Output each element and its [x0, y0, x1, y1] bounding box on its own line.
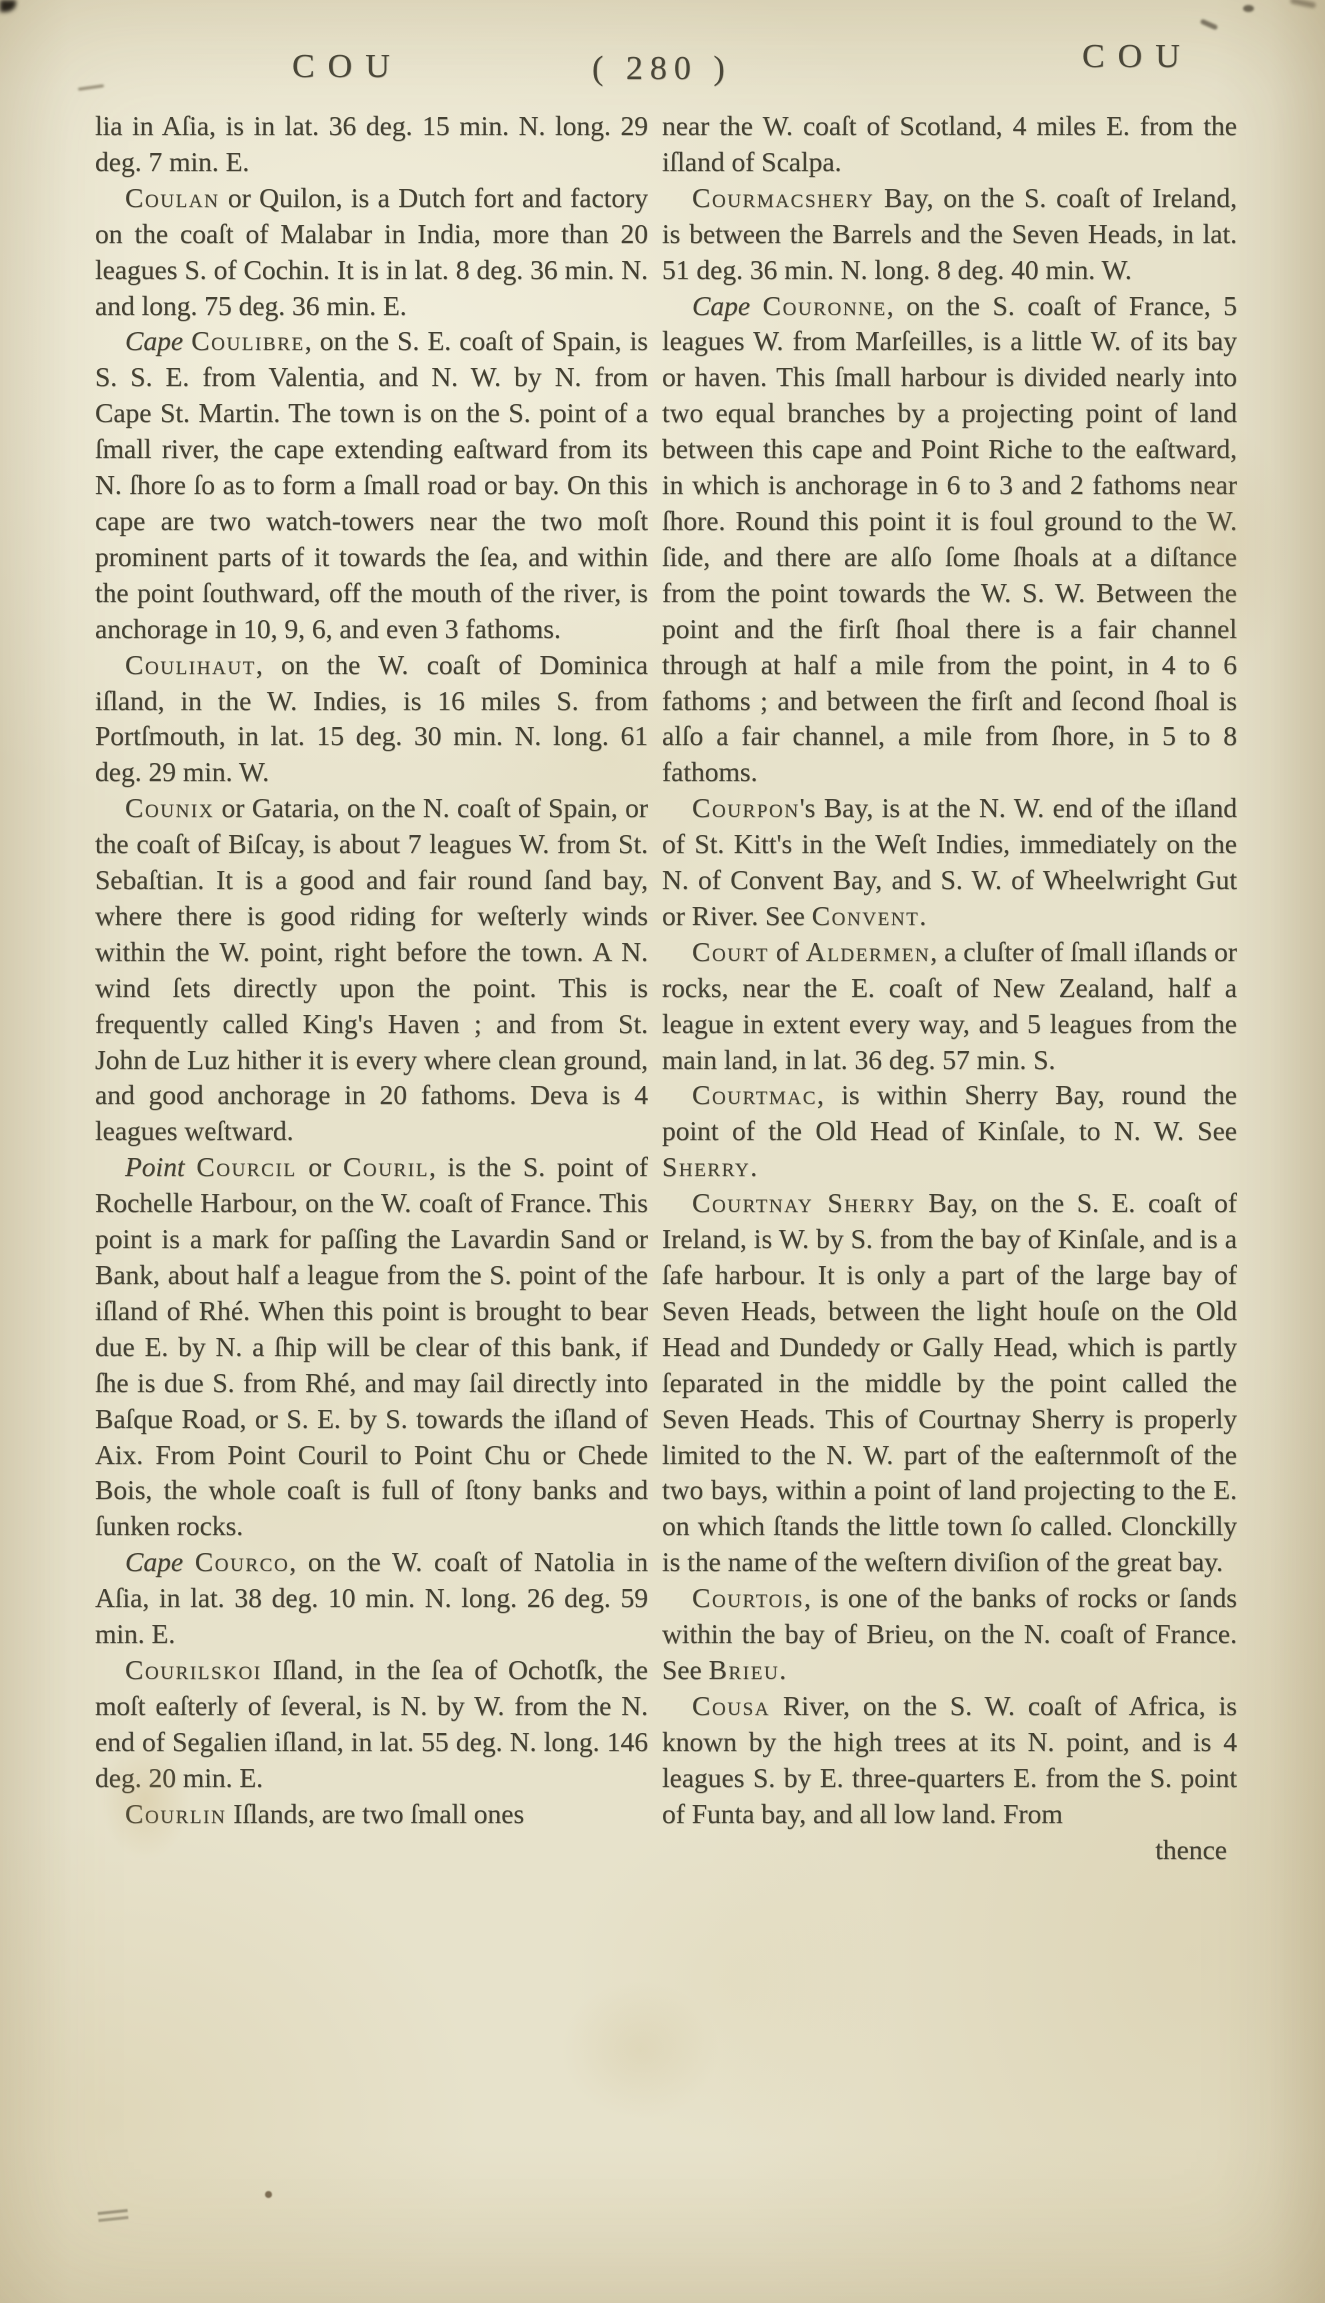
entry-headword: Coulihaut	[125, 649, 256, 680]
text-column-left: lia in Aſia, is in lat. 36 deg. 15 min. …	[95, 108, 648, 2238]
dictionary-entry: Cousa River, on the S. W. coaſt of Afric…	[662, 1688, 1237, 1832]
entry-headword: Counix	[125, 792, 214, 823]
entry-headword: Courtois	[692, 1582, 804, 1613]
entry-headword: Courco	[195, 1546, 289, 1577]
dictionary-entry: Cape Couronne, on the S. coaſt of France…	[662, 288, 1237, 791]
entry-text: , on the S. coaſt of France, 5 leagues W…	[662, 290, 1237, 788]
entry-headword: Coulan	[125, 182, 219, 213]
dictionary-entry: Courtnay Sherry Bay, on the S. E. coaſt …	[662, 1185, 1237, 1580]
ink-smudge-top-left	[0, 0, 16, 12]
running-title-right: COU	[1082, 38, 1193, 76]
entry-text: of	[769, 936, 806, 967]
book-page: { "page": { "header": { "left": "COU", "…	[0, 0, 1325, 2303]
entry-headword: Courcil	[196, 1151, 296, 1182]
entry-text: Iſlands, are two ſmall ones	[226, 1798, 524, 1829]
entry-text: or Gataria, on the N. coaſt of Spain, or…	[95, 792, 648, 1146]
dictionary-entry: Courlin Iſlands, are two ſmall ones	[95, 1796, 648, 1832]
running-title-left: COU	[292, 48, 403, 86]
dictionary-entry: Cape Coulibre, on the S. E. coaſt of Spa…	[95, 323, 648, 646]
entry-qualifier: Point	[125, 1151, 196, 1182]
dictionary-entry: Point Courcil or Couril, is the S. point…	[95, 1149, 648, 1544]
ink-speck	[1290, 0, 1317, 9]
entry-headword: Couril	[343, 1151, 429, 1182]
entry-headword: Courlin	[125, 1798, 226, 1829]
entry-headword: Court	[692, 936, 769, 967]
entry-headword: Courtnay Sherry	[692, 1187, 916, 1218]
entry-headword: Sherry	[662, 1151, 750, 1182]
entry-text: or	[297, 1151, 343, 1182]
entry-headword: Courmacshery	[692, 182, 874, 213]
entry-text: near the W. coaſt of Scotland, 4 miles E…	[662, 110, 1237, 177]
entry-qualifier: Cape	[692, 290, 763, 321]
page-number: ( 280 )	[592, 50, 732, 88]
dictionary-entry: Courmacshery Bay, on the S. coaſt of Ire…	[662, 180, 1237, 288]
dictionary-entry: Court of Aldermen, a cluſter of ſmall iſ…	[662, 934, 1237, 1078]
dictionary-entry: Coulihaut, on the W. coaſt of Dominica i…	[95, 647, 648, 791]
dictionary-entry: Courilskoi Iſland, in the ſea of Ochotſk…	[95, 1652, 648, 1796]
dictionary-entry: Courpon's Bay, is at the N. W. end of th…	[662, 790, 1237, 934]
entry-text: .	[779, 1654, 786, 1685]
entry-qualifier: Cape	[125, 325, 191, 356]
catchword: thence	[662, 1832, 1237, 1868]
entry-text: .	[919, 900, 926, 931]
dictionary-entry: near the W. coaſt of Scotland, 4 miles E…	[662, 108, 1237, 180]
ink-speck	[1200, 19, 1218, 31]
dictionary-entry: Coulan or Quilon, is a Dutch fort and fa…	[95, 180, 648, 324]
entry-text: lia in Aſia, is in lat. 36 deg. 15 min. …	[95, 110, 648, 177]
entry-headword: Courtmac	[692, 1079, 817, 1110]
entry-headword: Convent	[812, 900, 920, 931]
page-header: COU ( 280 ) COU	[0, 30, 1325, 90]
entry-text: Bay, on the S. E. coaſt of Ireland, is W…	[662, 1187, 1237, 1577]
entry-headword: Courpon	[692, 792, 800, 823]
entry-headword: Aldermen	[806, 936, 931, 967]
entry-qualifier: Cape	[125, 1546, 195, 1577]
dictionary-entry: Courtmac, is within Sherry Bay, round th…	[662, 1077, 1237, 1185]
entry-headword: Courilskoi	[125, 1654, 262, 1685]
entry-text: , is the S. point of Rochelle Harbour, o…	[95, 1151, 648, 1541]
ink-speck	[1243, 5, 1254, 12]
text-column-right: near the W. coaſt of Scotland, 4 miles E…	[662, 108, 1237, 2278]
dictionary-entry: lia in Aſia, is in lat. 36 deg. 15 min. …	[95, 108, 648, 180]
entry-text: .	[750, 1151, 757, 1182]
entry-headword: Brieu	[709, 1654, 780, 1685]
entry-headword: Cousa	[692, 1690, 770, 1721]
entry-headword: Couronne	[763, 290, 887, 321]
entry-text: , on the S. E. coaſt of Spain, is S. S. …	[95, 325, 648, 643]
dictionary-entry: Courtois, is one of the banks of rocks o…	[662, 1580, 1237, 1688]
dictionary-entry: Cape Courco, on the W. coaſt of Natolia …	[95, 1544, 648, 1652]
dictionary-entry: Counix or Gataria, on the N. coaſt of Sp…	[95, 790, 648, 1149]
entry-headword: Coulibre	[191, 325, 304, 356]
